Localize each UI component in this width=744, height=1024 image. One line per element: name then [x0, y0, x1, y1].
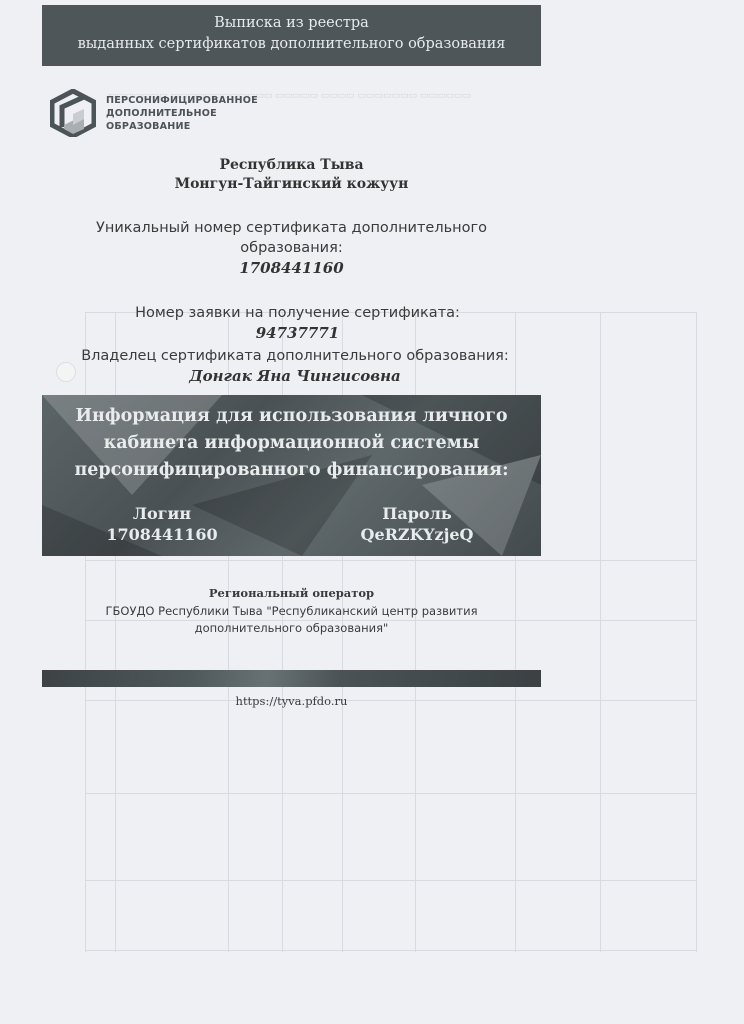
logo-text-line3: ОБРАЗОВАНИЕ: [106, 120, 258, 133]
footer-bar: [42, 670, 541, 687]
owner-name: Донгак Яна Чингисовна: [30, 366, 560, 386]
account-info-title-line3: персонифицированного финансирования:: [42, 457, 541, 484]
operator-name: ГБОУДО Республики Тыва "Республиканский …: [42, 603, 541, 637]
certificate-number: 1708441160: [42, 258, 541, 278]
application-number-block: Номер заявки на получение сертификата: 9…: [48, 303, 547, 343]
logo-text: ПЕРСОНИФИЦИРОВАННОЕ ДОПОЛНИТЕЛЬНОЕ ОБРАЗ…: [106, 94, 258, 133]
header-title-line1: Выписка из реестра: [42, 13, 541, 34]
republic-name: Республика Тыва: [42, 156, 541, 175]
password-block: Пароль QeRZKYzjeQ: [317, 503, 517, 545]
certificate-number-label-line1: Уникальный номер сертификата дополнитель…: [42, 218, 541, 238]
application-number-label: Номер заявки на получение сертификата:: [48, 303, 547, 323]
district-name: Монгун-Тайгинский кожуун: [42, 175, 541, 194]
certificate-number-block: Уникальный номер сертификата дополнитель…: [42, 218, 541, 278]
account-info-title: Информация для использования личного каб…: [42, 395, 541, 484]
certificate-number-label-line2: образования:: [42, 238, 541, 258]
password-label: Пароль: [317, 503, 517, 524]
owner-block: Владелец сертификата дополнительного обр…: [30, 346, 560, 386]
site-url-link[interactable]: https://tyva.pfdo.ru: [42, 694, 541, 708]
header-banner: Выписка из реестра выданных сертификатов…: [42, 5, 541, 66]
owner-label: Владелец сертификата дополнительного обр…: [30, 346, 560, 366]
logo-text-line2: ДОПОЛНИТЕЛЬНОЕ: [106, 107, 258, 120]
operator-title: Региональный оператор: [42, 586, 541, 600]
login-block: Логин 1708441160: [62, 503, 262, 545]
account-info-banner: Информация для использования личного каб…: [42, 395, 541, 556]
login-label: Логин: [62, 503, 262, 524]
account-info-title-line1: Информация для использования личного: [42, 403, 541, 430]
application-number: 94737771: [48, 323, 547, 343]
logo-text-line1: ПЕРСОНИФИЦИРОВАННОЕ: [106, 94, 258, 107]
account-info-title-line2: кабинета информационной системы: [42, 430, 541, 457]
header-title-line2: выданных сертификатов дополнительного об…: [42, 34, 541, 55]
operator-name-line1: ГБОУДО Республики Тыва "Республиканский …: [42, 603, 541, 620]
operator-name-line2: дополнительного образования": [42, 620, 541, 637]
password-value: QeRZKYzjeQ: [317, 524, 517, 545]
pdo-cube-logo-icon: [50, 89, 96, 137]
login-value: 1708441160: [62, 524, 262, 545]
region-block: Республика Тыва Монгун-Тайгинский кожуун: [42, 156, 541, 194]
logo: ПЕРСОНИФИЦИРОВАННОЕ ДОПОЛНИТЕЛЬНОЕ ОБРАЗ…: [50, 89, 258, 137]
